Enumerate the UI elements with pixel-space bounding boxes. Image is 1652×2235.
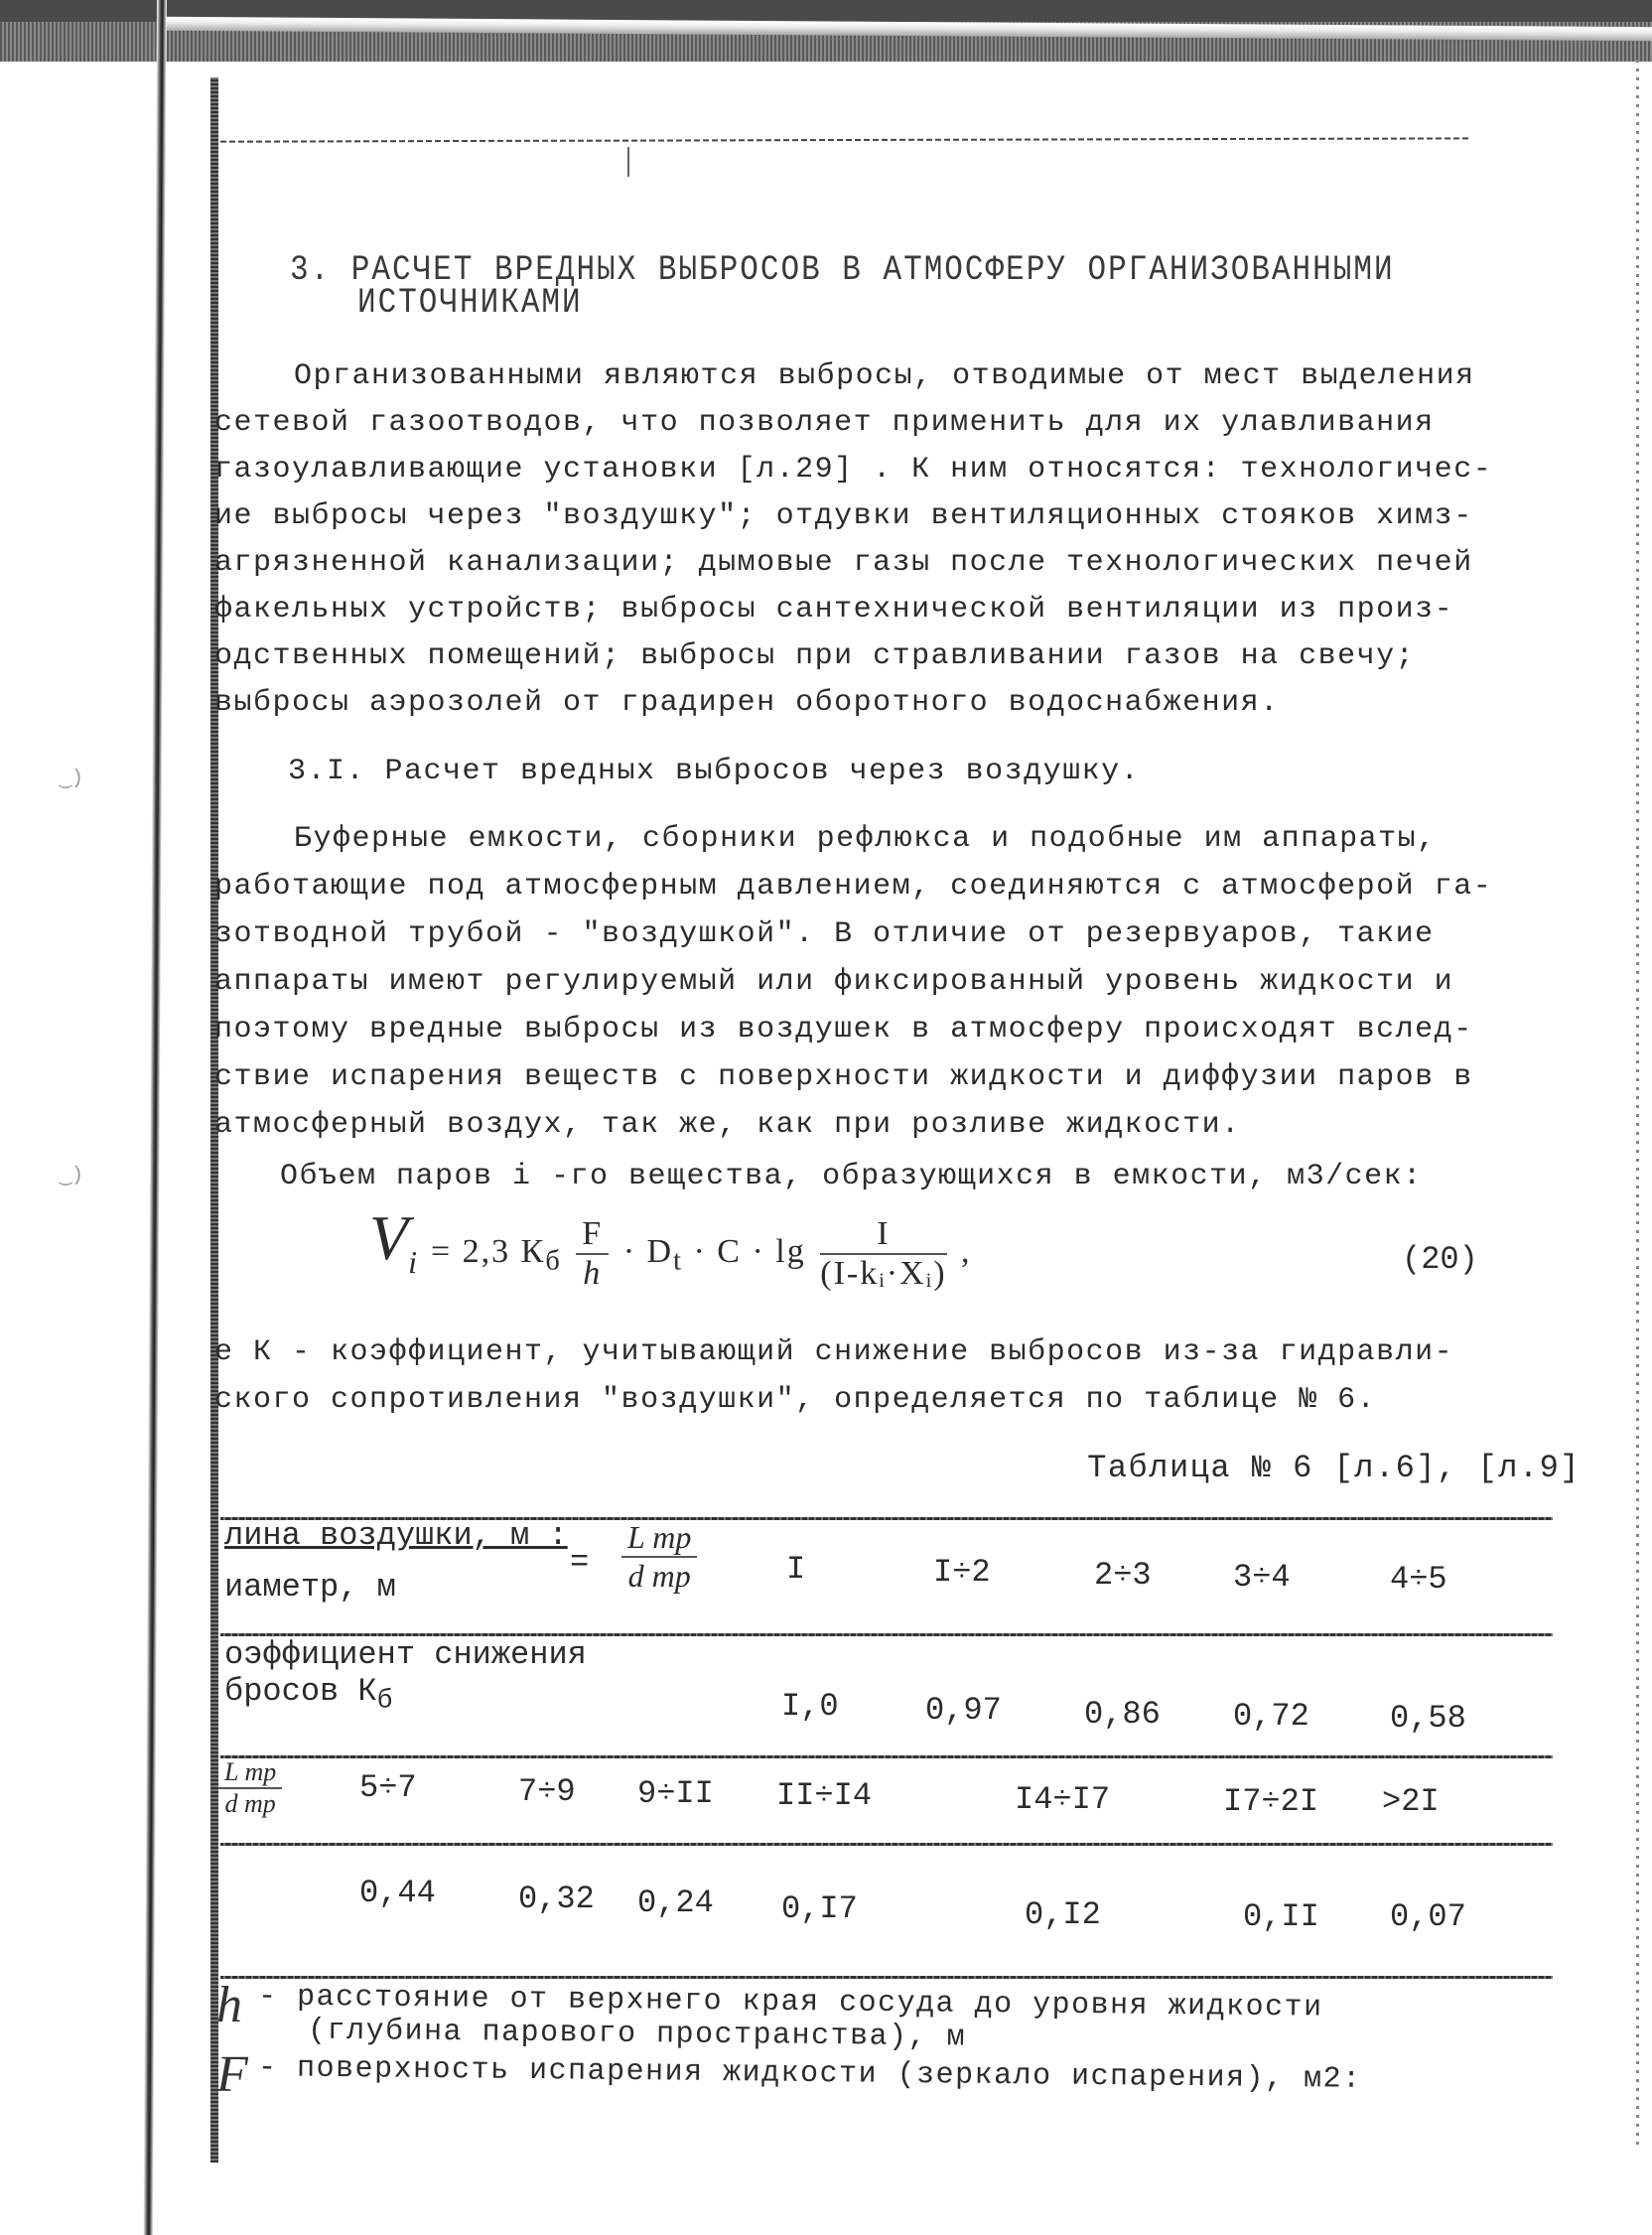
coef-cell: 0,II: [1243, 1898, 1319, 1935]
coef-cell: I,0: [781, 1688, 839, 1725]
fraction-log-arg: I(I-kᵢ·Xᵢ): [820, 1215, 946, 1293]
equals-sign: =: [570, 1544, 589, 1581]
coef-cell: 0,I7: [781, 1890, 858, 1927]
subsection-title: 3.I. Расчет вредных выбросов через возду…: [288, 755, 1140, 788]
text-line: поэтому вредные выбросы из воздушек в ат…: [214, 1013, 1473, 1047]
binding-edge: [143, 0, 167, 2235]
text-line: одственных помещений; выбросы при стравл…: [214, 639, 1415, 673]
table-rule: [220, 1976, 1553, 1979]
text-line: Буферные емкости, сборники рефлюкса и по…: [294, 822, 1437, 856]
symbol-f: F: [216, 2045, 248, 2104]
range-cell: 4÷5: [1390, 1561, 1447, 1598]
text-line: агрязненной канализации; дымовые газы по…: [214, 546, 1473, 580]
text-line: газоулавливающие установки [л.29] . К ни…: [214, 453, 1492, 487]
formula-number: (20): [1402, 1241, 1478, 1278]
definition-h-cont: (глубина парового пространства), м: [308, 2015, 966, 2055]
row-header: иаметр, м: [224, 1569, 396, 1606]
header-rule: [220, 137, 1471, 142]
text-line: аппараты имеют регулируемый или фиксиров…: [214, 965, 1453, 999]
text-line: факельных устройств; выбросы сантехничес…: [214, 593, 1453, 627]
text-line: ствие испарения веществ с поверхности жи…: [214, 1060, 1473, 1094]
margin-mark: ‿): [60, 1162, 83, 1187]
page-right-border: [1636, 60, 1639, 2145]
coef-cell: 0,58: [1390, 1700, 1466, 1737]
symbol-h: h: [216, 1976, 242, 2034]
section-heading-cont: ИСТОЧНИКАМИ: [357, 283, 583, 323]
range-cell: I÷2: [933, 1554, 991, 1591]
text-line: выбросы аэрозолей от градирен оборотного…: [214, 686, 1280, 720]
coef-cell: 0,97: [925, 1692, 1002, 1729]
coef-cell: 0,44: [359, 1875, 436, 1911]
range-cell: I: [786, 1551, 805, 1588]
table-rule: [220, 1755, 1553, 1758]
text-line: Организованными являются выбросы, отводи…: [294, 359, 1475, 393]
margin-mark: ‿): [60, 765, 83, 790]
table-rule: [220, 1843, 1553, 1846]
where-line: е К - коэффициент, учитывающий снижение …: [214, 1335, 1453, 1369]
definition-f: - поверхность испарения жидкости (зеркал…: [258, 2051, 1362, 2097]
where-line: ского сопротивления "воздушки", определя…: [214, 1383, 1376, 1417]
formula-rhs: = 2,3 Кб Fh · Dt · С · lg I(I-kᵢ·Xᵢ) ,: [431, 1215, 972, 1293]
row-header: бросов Кб: [224, 1673, 393, 1716]
formula-20: Vi = 2,3 Кб Fh · Dt · С · lg I(I-kᵢ·Xᵢ) …: [369, 1201, 1461, 1321]
range-cell: 2÷3: [1094, 1557, 1152, 1594]
range-cell: >2I: [1382, 1783, 1440, 1820]
coef-cell: 0,07: [1390, 1898, 1466, 1935]
volume-description: Объем паров i -го вещества, образующихся…: [280, 1160, 1423, 1193]
range-cell: II÷I4: [776, 1777, 872, 1814]
range-cell: 5÷7: [359, 1769, 417, 1806]
coef-cell: 0,24: [637, 1885, 714, 1921]
row-header: лина воздушки, м :: [224, 1517, 568, 1554]
text-line: ие выбросы через "воздушку"; отдувки вен…: [214, 499, 1473, 533]
text-line: атмосферный воздух, так же, как при розл…: [214, 1108, 1241, 1142]
row-header: L трd тр: [214, 1757, 286, 1819]
header-tick: [627, 147, 629, 177]
range-cell: 7÷9: [518, 1773, 576, 1810]
table-title: Таблица № 6 [л.6], [л.9]: [1087, 1450, 1581, 1486]
coef-cell: 0,32: [518, 1881, 595, 1917]
range-cell: I7÷2I: [1223, 1783, 1318, 1820]
row-header: оэффициент снижения: [224, 1636, 587, 1673]
text-line: работающие под атмосферным давлением, со…: [214, 870, 1492, 904]
range-cell: 3÷4: [1233, 1559, 1291, 1596]
fraction-f-over-h: Fh: [576, 1215, 609, 1293]
coef-cell: 0,I2: [1025, 1896, 1101, 1933]
formula-lhs: Vi: [369, 1201, 417, 1281]
range-cell: I4÷I7: [1015, 1781, 1110, 1818]
coef-cell: 0,86: [1084, 1696, 1161, 1733]
text-line: зотводной трубой - "воздушкой". В отличи…: [214, 917, 1435, 951]
ratio: L трd тр: [618, 1519, 701, 1595]
text-line: сетевой газоотводов, что позволяет приме…: [214, 406, 1435, 440]
range-cell: 9÷II: [637, 1775, 714, 1812]
coef-cell: 0,72: [1233, 1698, 1309, 1735]
